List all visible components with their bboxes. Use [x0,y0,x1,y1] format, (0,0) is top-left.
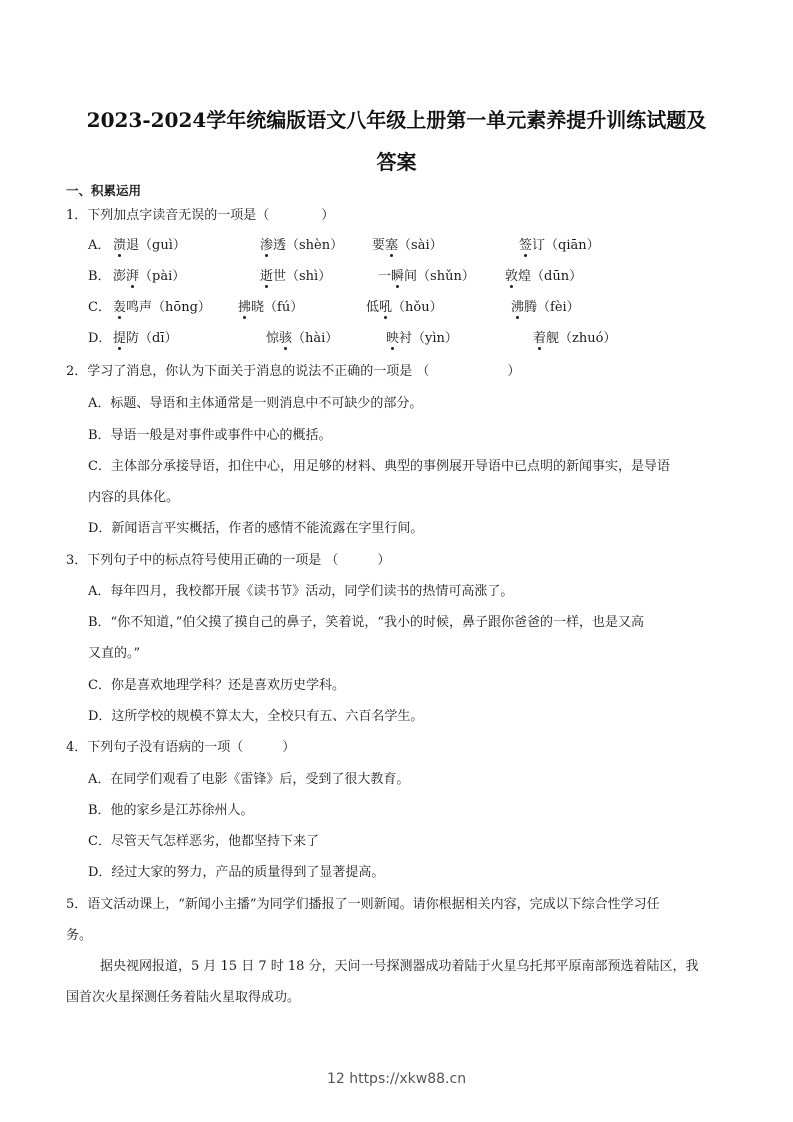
question-5-stem-cont: 务。 [66,927,92,945]
option-c-item-1: 轰鸣声（hōng） [113,299,211,317]
news-paragraph-cont: 国首次火星探测任务着陆火星取得成功。 [66,989,300,1007]
option-b-item-4: 敦煌（dūn） [505,268,582,286]
option-b-item-3: 一瞬间（shǔn） [378,268,475,286]
option-c-item-3: 低吼（hǒu） [366,299,443,317]
option-a-label: A． [88,237,110,255]
question-3-stem: 3．下列句子中的标点符号使用正确的一项是 （ ） [66,552,390,570]
question-2-option-a: A．标题、导语和主体通常是一则消息中不可缺少的部分。 [88,395,422,413]
news-paragraph: 据央视网报道，5 月 15 日 7 时 18 分，天问一号探测器成功着陆于火星乌… [100,958,699,976]
question-3-option-b: B．“你不知道，”伯父摸了摸自己的鼻子，笑着说，“我小的时候，鼻子跟你爸爸的一样… [88,614,644,632]
question-2-option-b: B．导语一般是对事件或事件中心的概括。 [88,427,332,445]
document-title: 2023-2024学年统编版语文八年级上册第一单元素养提升训练试题及 [40,104,753,133]
page-footer: 12 https://xkw88.cn [0,1071,793,1087]
document-title-line2: 答案 [40,146,753,175]
option-d-item-4: 着舰（zhuó） [533,330,616,348]
option-b-label: B． [88,268,111,286]
option-c-item-2: 拂晓（fú） [238,299,303,317]
option-a-item-2: 渗透（shèn） [260,237,343,255]
option-a-item-1: 溃退（guì） [113,237,186,255]
question-2-option-d: D．新闻语言平实概括，作者的感情不能流露在字里行间。 [88,520,423,538]
option-b-item-2: 逝世（shì） [260,268,331,286]
question-3-option-b-cont: 又直的。” [88,645,140,663]
question-5-stem: 5．语文活动课上，“新闻小主播”为同学们播报了一则新闻。请你根据相关内容，完成以… [66,896,660,914]
option-a-item-4: 签订（qiān） [519,237,600,255]
option-d-item-1: 提防（dī） [113,330,178,348]
option-c-label: C． [88,299,111,317]
question-3-option-a: A．每年四月，我校都开展《读书节》活动，同学们读书的热情可高涨了。 [88,583,513,601]
question-1-stem: 1．下列加点字读音无误的一项是（ ） [66,207,334,225]
question-4-option-a: A．在同学们观看了电影《雷锋》后，受到了很大教育。 [88,771,409,789]
question-3-option-d: D．这所学校的规模不算太大，全校只有五、六百名学生。 [88,708,423,726]
question-2-stem: 2．学习了消息，你认为下面关于消息的说法不正确的一项是 （ ） [66,363,520,381]
question-4-stem: 4．下列句子没有语病的一项（ ） [66,739,295,757]
document-page: 2023-2024学年统编版语文八年级上册第一单元素养提升训练试题及 答案 一、… [0,0,793,1122]
question-4-option-d: D．经过大家的努力，产品的质量得到了显著提高。 [88,864,384,882]
question-2-option-c: C．主体部分承接导语，扣住中心，用足够的材料、典型的事例展开导语中已点明的新闻事… [88,458,670,476]
question-4-option-b: B．他的家乡是江苏徐州人。 [88,802,254,820]
option-b-item-1: 澎湃（pài） [113,268,185,286]
option-d-item-2: 惊骇（hài） [266,330,338,348]
option-d-label: D． [88,330,111,348]
option-a-item-3: 要塞（sài） [372,237,443,255]
option-d-item-3: 映衬（yìn） [386,330,458,348]
option-c-item-4: 沸腾（fèi） [511,299,580,317]
section-heading: 一、积累运用 [66,182,141,200]
question-2-option-c-cont: 内容的具体化。 [88,489,179,507]
question-4-option-c: C．尽管天气怎样恶劣，他都坚持下来了 [88,833,319,851]
question-3-option-c: C．你是喜欢地理学科？还是喜欢历史学科。 [88,677,345,695]
